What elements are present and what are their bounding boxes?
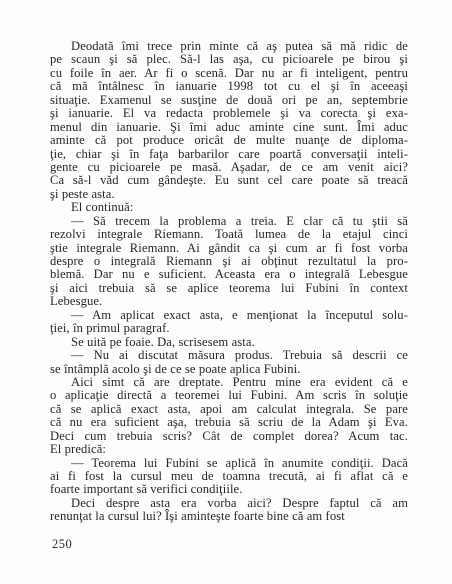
text-line: gente cu picioarele pe masă. Aşadar, de …	[50, 161, 408, 174]
text-line: şi ianuarie. El va redacta problemele şi…	[50, 107, 408, 120]
text-line: Deci cum trebuia scris? Cât de complet d…	[50, 430, 408, 443]
text-line: renunţat la cursul lui? Îşi aminteşte fo…	[50, 510, 408, 523]
text-line: ştie integrale Riemann. Ai gândit ca şi …	[50, 242, 408, 255]
book-page: Deodată îmi trece prin minte că aş putea…	[0, 0, 452, 584]
text-line: ţiei, în primul paragraf.	[50, 322, 408, 335]
text-line: despre o integrală Riemann şi ai obţinut…	[50, 255, 408, 268]
text-line: — Să trecem la problema a treia. E clar …	[50, 215, 408, 228]
text-line: ai fi fost la cursul meu de toamna trecu…	[50, 470, 408, 483]
text-line: El predică:	[50, 443, 408, 456]
text-line: Ca să-l văd cum gândeşte. Eu sunt cel ca…	[50, 174, 408, 187]
text-line: că nu era suficient aşa, trebuia să scri…	[50, 416, 408, 429]
page-text: Deodată îmi trece prin minte că aş putea…	[50, 40, 408, 524]
text-line: — Teorema lui Fubini se aplică în anumit…	[50, 457, 408, 470]
text-line: situaţie. Examenul se susţine de două or…	[50, 94, 408, 107]
text-line: ţie, chiar şi în faţa barbarilor care po…	[50, 148, 408, 161]
text-line: Deodată îmi trece prin minte că aş putea…	[50, 40, 408, 53]
text-line: cu foile în aer. Ar fi o scenă. Dar nu a…	[50, 67, 408, 80]
text-line: că mă întâlnesc în ianuarie 1998 tot cu …	[50, 80, 408, 93]
text-line: Aici simt că are dreptate. Pentru mine e…	[50, 376, 408, 389]
text-line: Lebesgue.	[50, 295, 408, 308]
text-line: menul din ianuarie. Şi îmi aduc aminte c…	[50, 121, 408, 134]
text-line: că se aplică exact asta, apoi am calcula…	[50, 403, 408, 416]
text-line: — Am aplicat exact asta, e menţionat la …	[50, 309, 408, 322]
text-line: şi aici trebuia să se aplice teorema lui…	[50, 282, 408, 295]
text-line: o aplicaţie directă a teoremei lui Fubin…	[50, 389, 408, 402]
page-number: 250	[52, 537, 72, 551]
text-line: Se uită pe foaie. Da, scrisesem asta.	[50, 336, 408, 349]
text-line: El continuă:	[50, 201, 408, 214]
text-line: blemă. Dar nu e suficient. Aceasta era o…	[50, 268, 408, 281]
text-line: Deci despre asta era vorba aici? Despre …	[50, 497, 408, 510]
text-line: se întâmplă acolo şi de ce se poate apli…	[50, 363, 408, 376]
text-line: pe scaun şi să plec. Să-l las aşa, cu pi…	[50, 53, 408, 66]
text-line: aminte că pot produce oricât de multe nu…	[50, 134, 408, 147]
text-line: şi peste asta.	[50, 188, 408, 201]
text-line: rezolvi integrale Riemann. Toată lumea d…	[50, 228, 408, 241]
text-line: foarte important să verifici condiţiile.	[50, 483, 408, 496]
text-line: — Nu ai discutat măsura produs. Trebuia …	[50, 349, 408, 362]
